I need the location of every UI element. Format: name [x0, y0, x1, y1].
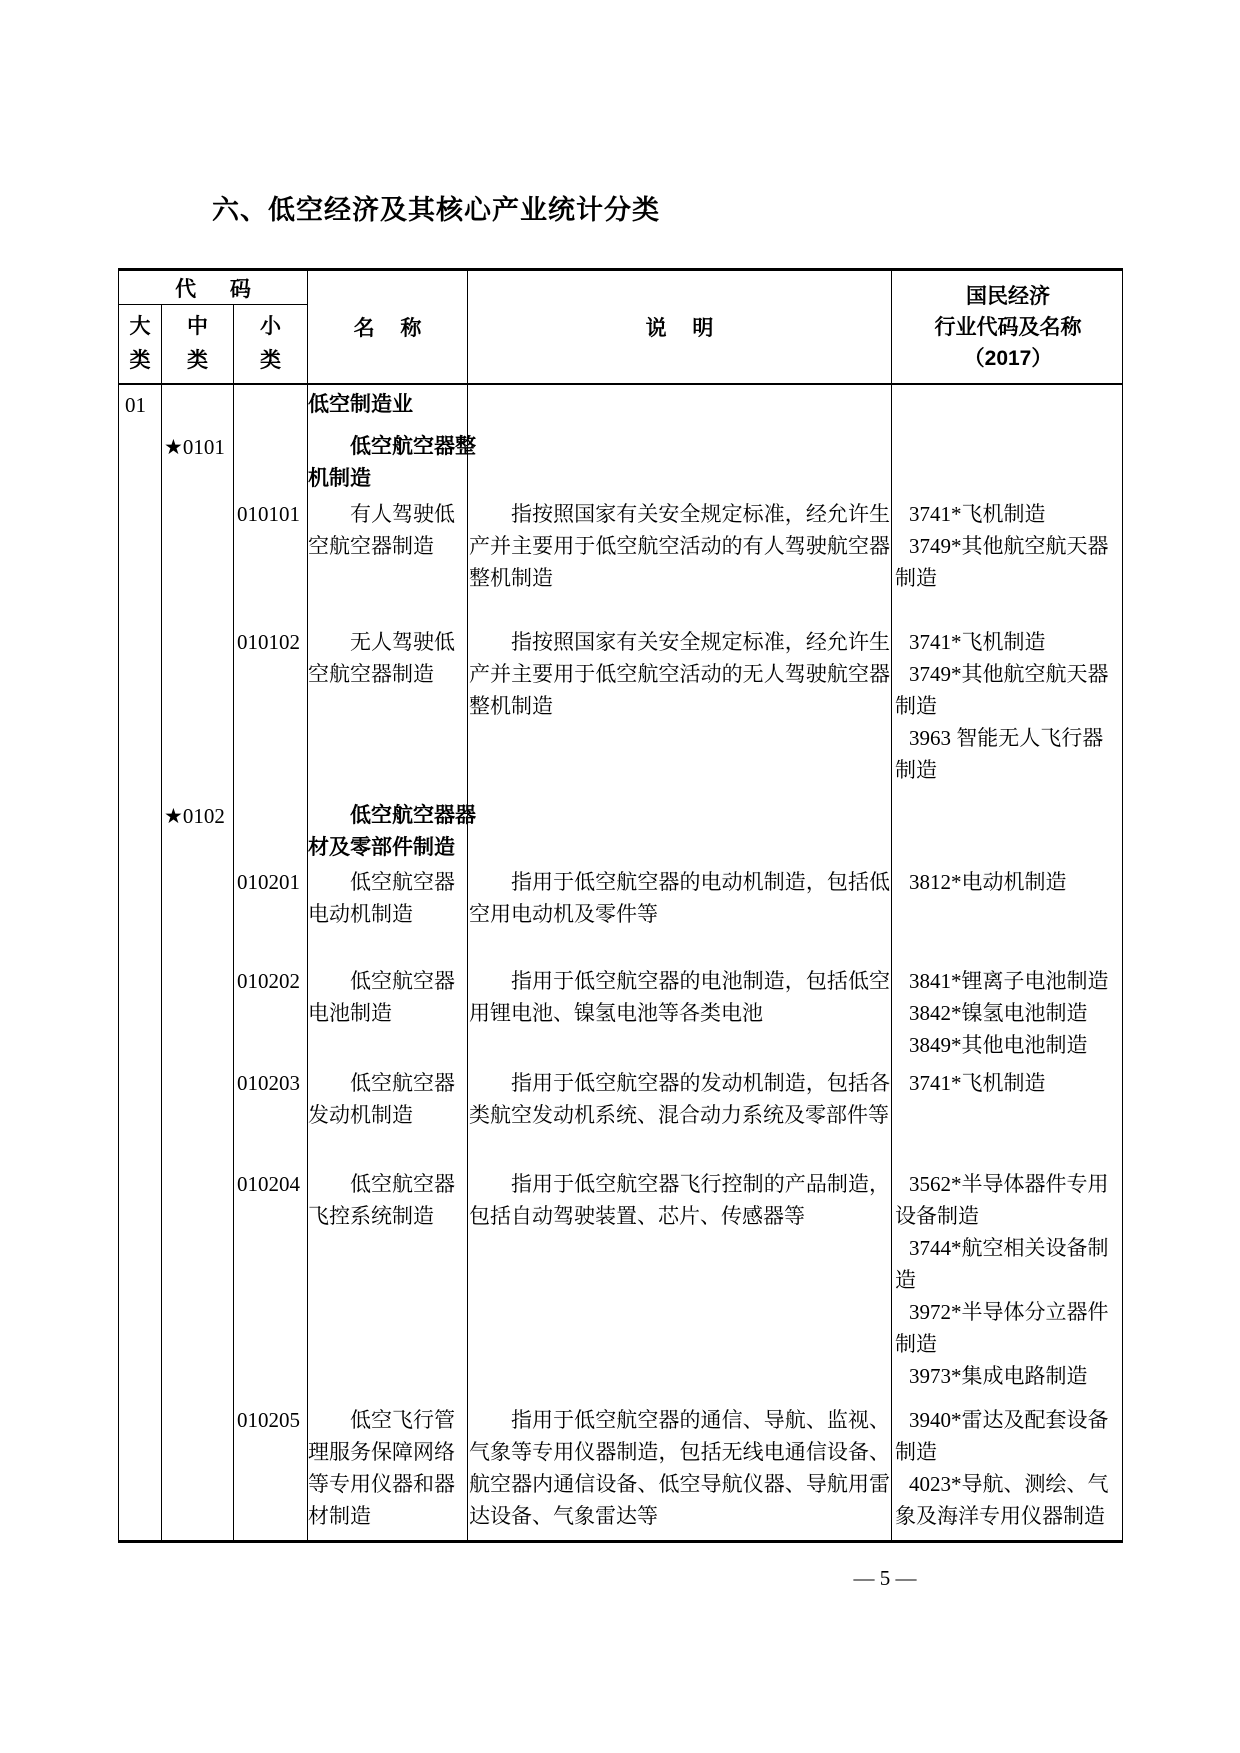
cell-major-code — [119, 786, 161, 864]
table-row: 010205 低空飞行管理服务保障网络等专用仪器和器材制造 指用于低空航空器的通… — [119, 1392, 1122, 1543]
category-description: 指按照国家有关安全规定标准，经允许生产并主要用于低空航空活动的无人驾驶航空器整机… — [469, 626, 890, 722]
table-header: 代 码 大类 中类 小类 名 称 说 明 国民经济 行业代码及名称 （2017） — [118, 268, 1123, 385]
cell-description — [467, 421, 891, 495]
header-medium-class-label: 中类 — [187, 310, 208, 378]
cell-description: 指用于低空航空器的通信、导航、监视、气象等专用仪器制造，包括无线电通信设备、航空… — [467, 1392, 891, 1543]
category-name: 低空航空器整机制造 — [308, 431, 482, 495]
cell-major-code — [119, 626, 161, 786]
industry-code-entry: 3749*其他航空航天器制造 — [895, 658, 1116, 722]
cell-industry-codes: 3741*飞机制造3749*其他航空航天器制造3963 智能无人飞行器制造 — [891, 626, 1123, 786]
cell-description — [467, 786, 891, 864]
table-row: 010102 无人驾驶低空航空器制造 指按照国家有关安全规定标准，经允许生产并主… — [119, 626, 1122, 786]
industry-code-entry: 3849*其他电池制造 — [895, 1029, 1116, 1061]
cell-industry-codes — [891, 421, 1123, 495]
cell-major-code — [119, 1392, 161, 1543]
cell-name: 低空制造业 — [307, 385, 467, 421]
cell-description: 指用于低空航空器的电动机制造，包括低空用电动机及零件等 — [467, 864, 891, 962]
cell-medium-code — [161, 962, 233, 1061]
cell-industry-codes: 3841*锂离子电池制造3842*镍氢电池制造3849*其他电池制造 — [891, 962, 1123, 1061]
cell-medium-code — [161, 864, 233, 962]
page-title: 六、低空经济及其核心产业统计分类 — [212, 188, 660, 227]
category-name: 低空航空器电动机制造 — [308, 866, 467, 930]
cell-description — [467, 385, 891, 421]
category-name: 低空航空器器材及零部件制造 — [308, 800, 482, 864]
table-row: 010204 低空航空器飞控系统制造 指用于低空航空器飞行控制的产品制造，包括自… — [119, 1163, 1122, 1392]
table-row: 010202 低空航空器电池制造 指用于低空航空器的电池制造，包括低空用锂电池、… — [119, 962, 1122, 1061]
cell-industry-codes: 3940*雷达及配套设备制造4023*导航、测绘、气象及海洋专用仪器制造 — [891, 1392, 1123, 1543]
cell-name: 低空航空器整机制造 — [307, 421, 467, 495]
table-body: 01 低空制造业 ★0101 低空航空器整机制造 010101 有人驾驶低空航空… — [118, 385, 1123, 1543]
cell-minor-code: 010203 — [233, 1061, 307, 1163]
cell-industry-codes — [891, 385, 1123, 421]
cell-minor-code — [233, 421, 307, 495]
category-name: 低空制造业 — [308, 389, 482, 421]
cell-medium-code — [161, 385, 233, 421]
industry-code-entry: 3741*飞机制造 — [895, 1067, 1116, 1099]
header-description-column: 说 明 — [467, 271, 891, 383]
cell-industry-codes: 3812*电动机制造 — [891, 864, 1123, 962]
cell-minor-code: 010102 — [233, 626, 307, 786]
cell-name: 有人驾驶低空航空器制造 — [307, 495, 467, 626]
category-name: 低空航空器电池制造 — [308, 965, 467, 1029]
industry-code-entry: 3842*镍氢电池制造 — [895, 997, 1116, 1029]
industry-code-entry: 3562*半导体器件专用设备制造 — [895, 1168, 1116, 1232]
table-row: 010101 有人驾驶低空航空器制造 指按照国家有关安全规定标准，经允许生产并主… — [119, 495, 1122, 626]
cell-minor-code — [233, 385, 307, 421]
cell-medium-code — [161, 1061, 233, 1163]
category-description: 指用于低空航空器的发动机制造，包括各类航空发动机系统、混合动力系统及零部件等 — [469, 1067, 890, 1131]
header-code-group: 代 码 — [119, 271, 307, 305]
header-major-class-label: 大类 — [130, 310, 151, 378]
cell-description: 指按照国家有关安全规定标准，经允许生产并主要用于低空航空活动的无人驾驶航空器整机… — [467, 626, 891, 786]
cell-industry-codes: 3741*飞机制造 — [891, 1061, 1123, 1163]
category-description: 指用于低空航空器的电池制造，包括低空用锂电池、镍氢电池等各类电池 — [469, 965, 890, 1029]
cell-major-code — [119, 1163, 161, 1392]
header-industry-line1: 国民经济 — [966, 281, 1050, 312]
category-description: 指用于低空航空器的通信、导航、监视、气象等专用仪器制造，包括无线电通信设备、航空… — [469, 1404, 890, 1532]
industry-code-entry: 3972*半导体分立器件制造 — [895, 1296, 1116, 1360]
cell-major-code — [119, 421, 161, 495]
cell-minor-code: 010101 — [233, 495, 307, 626]
cell-name: 低空航空器电动机制造 — [307, 864, 467, 962]
cell-medium-code — [161, 626, 233, 786]
header-industry-line3: （2017） — [964, 343, 1053, 374]
industry-code-entry: 3744*航空相关设备制造 — [895, 1232, 1116, 1296]
cell-minor-code: 010205 — [233, 1392, 307, 1543]
category-name: 低空飞行管理服务保障网络等专用仪器和器材制造 — [308, 1404, 467, 1532]
table-row: 010203 低空航空器发动机制造 指用于低空航空器的发动机制造，包括各类航空发… — [119, 1061, 1122, 1163]
cell-industry-codes — [891, 786, 1123, 864]
cell-major-code — [119, 1061, 161, 1163]
cell-description: 指按照国家有关安全规定标准，经允许生产并主要用于低空航空活动的有人驾驶航空器整机… — [467, 495, 891, 626]
cell-medium-code: ★0102 — [161, 786, 233, 864]
industry-code-entry: 3841*锂离子电池制造 — [895, 965, 1116, 997]
cell-description: 指用于低空航空器的发动机制造，包括各类航空发动机系统、混合动力系统及零部件等 — [467, 1061, 891, 1163]
table-row: ★0102 低空航空器器材及零部件制造 — [119, 786, 1122, 864]
cell-medium-code — [161, 495, 233, 626]
cell-major-code — [119, 495, 161, 626]
cell-description: 指用于低空航空器的电池制造，包括低空用锂电池、镍氢电池等各类电池 — [467, 962, 891, 1061]
cell-industry-codes: 3741*飞机制造3749*其他航空航天器制造 — [891, 495, 1123, 626]
cell-medium-code — [161, 1392, 233, 1543]
table-row: 01 低空制造业 — [119, 385, 1122, 421]
cell-name: 低空航空器器材及零部件制造 — [307, 786, 467, 864]
header-industry-line2: 行业代码及名称 — [935, 312, 1082, 343]
header-minor-class: 小类 — [233, 305, 307, 383]
cell-minor-code: 010201 — [233, 864, 307, 962]
industry-code-entry: 3812*电动机制造 — [895, 866, 1116, 898]
table-row: 010201 低空航空器电动机制造 指用于低空航空器的电动机制造，包括低空用电动… — [119, 864, 1122, 962]
cell-major-code: 01 — [119, 385, 161, 421]
cell-name: 低空飞行管理服务保障网络等专用仪器和器材制造 — [307, 1392, 467, 1543]
industry-code-entry: 3973*集成电路制造 — [895, 1360, 1116, 1392]
industry-code-entry: 4023*导航、测绘、气象及海洋专用仪器制造 — [895, 1468, 1116, 1532]
cell-description: 指用于低空航空器飞行控制的产品制造，包括自动驾驶装置、芯片、传感器等 — [467, 1163, 891, 1392]
cell-major-code — [119, 962, 161, 1061]
header-name-column: 名 称 — [307, 271, 467, 383]
header-medium-class: 中类 — [161, 305, 233, 383]
industry-code-entry: 3741*飞机制造 — [895, 626, 1116, 658]
cell-name: 低空航空器发动机制造 — [307, 1061, 467, 1163]
cell-medium-code — [161, 1163, 233, 1392]
cell-minor-code — [233, 786, 307, 864]
cell-name: 低空航空器电池制造 — [307, 962, 467, 1061]
category-name: 有人驾驶低空航空器制造 — [308, 498, 467, 562]
category-name: 低空航空器飞控系统制造 — [308, 1168, 467, 1232]
category-description: 指用于低空航空器飞行控制的产品制造，包括自动驾驶装置、芯片、传感器等 — [469, 1168, 890, 1232]
table-row: ★0101 低空航空器整机制造 — [119, 421, 1122, 495]
header-major-class: 大类 — [119, 305, 161, 383]
cell-name: 低空航空器飞控系统制造 — [307, 1163, 467, 1392]
category-name: 低空航空器发动机制造 — [308, 1067, 467, 1131]
category-name: 无人驾驶低空航空器制造 — [308, 626, 467, 690]
classification-table: 代 码 大类 中类 小类 名 称 说 明 国民经济 行业代码及名称 （2017）… — [118, 268, 1123, 1543]
industry-code-entry: 3940*雷达及配套设备制造 — [895, 1404, 1116, 1468]
header-industry-column: 国民经济 行业代码及名称 （2017） — [891, 271, 1124, 383]
industry-code-entry: 3741*飞机制造 — [895, 498, 1116, 530]
industry-code-entry: 3749*其他航空航天器制造 — [895, 530, 1116, 594]
page-number: — 5 — — [830, 1566, 940, 1591]
header-minor-class-label: 小类 — [260, 310, 281, 378]
cell-industry-codes: 3562*半导体器件专用设备制造3744*航空相关设备制造3972*半导体分立器… — [891, 1163, 1123, 1392]
category-description: 指按照国家有关安全规定标准，经允许生产并主要用于低空航空活动的有人驾驶航空器整机… — [469, 498, 890, 594]
category-description: 指用于低空航空器的电动机制造，包括低空用电动机及零件等 — [469, 866, 890, 930]
cell-minor-code: 010204 — [233, 1163, 307, 1392]
cell-minor-code: 010202 — [233, 962, 307, 1061]
cell-name: 无人驾驶低空航空器制造 — [307, 626, 467, 786]
cell-medium-code: ★0101 — [161, 421, 233, 495]
industry-code-entry: 3963 智能无人飞行器制造 — [895, 722, 1116, 786]
cell-major-code — [119, 864, 161, 962]
